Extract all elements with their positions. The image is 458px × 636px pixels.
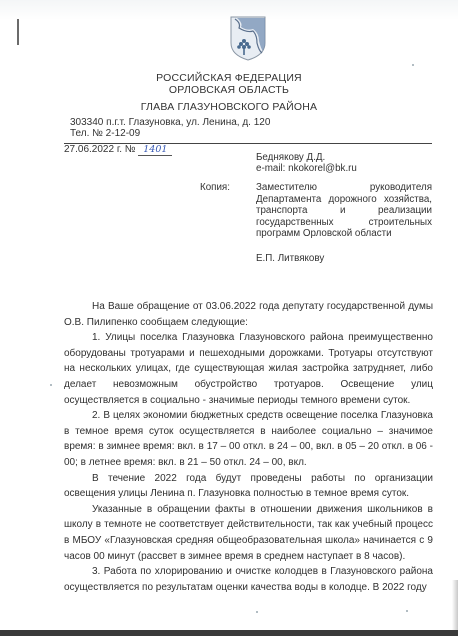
scanner-border	[0, 630, 458, 636]
recipient-name: Беднякову Д.Д.	[256, 152, 325, 164]
body-paragraph: Указанные в обращении факты в отношении …	[64, 502, 433, 564]
copy-line: Департамента дорожного хозяйства,	[256, 194, 432, 206]
copy-addressee: Е.П. Литвякову	[256, 253, 324, 264]
document-page: РОССИЙСКАЯ ФЕДЕРАЦИЯ ОРЛОВСКАЯ ОБЛАСТЬ Г…	[0, 0, 458, 630]
binder-mark	[17, 19, 19, 45]
copy-line: программ Орловской области	[256, 228, 432, 240]
sender-address: 303340 п.г.т. Глазуновка, ул. Ленина, д.…	[70, 117, 270, 128]
authority-heading: ГЛАВА ГЛАЗУНОВСКОГО РАЙОНА	[0, 101, 458, 113]
body-paragraph: 1. Улицы поселка Глазуновка Глазуновског…	[64, 330, 433, 408]
coat-of-arms-icon	[229, 15, 267, 61]
letter-body: На Ваше обращение от 03.06.2022 года деп…	[64, 299, 433, 595]
copy-line: Заместителю руководителя	[256, 182, 432, 194]
letter-date: 27.06.2022 г. №	[64, 144, 136, 155]
region-heading: ОРЛОВСКАЯ ОБЛАСТЬ	[0, 84, 458, 96]
body-paragraph: На Ваше обращение от 03.06.2022 года деп…	[64, 299, 433, 330]
sender-phone: Тел. № 2-12-09	[70, 128, 140, 139]
body-paragraph: 2. В целях экономии бюджетных средств ос…	[64, 408, 433, 470]
copy-line: государственных строительных	[256, 217, 432, 229]
date-and-number: 27.06.2022 г. № 1401	[64, 144, 172, 156]
copy-label: Копия:	[200, 182, 230, 193]
copy-line: транспорта и реализации	[256, 205, 432, 217]
body-paragraph: 3. Работа по хлорированию и очистке коло…	[64, 564, 433, 595]
registration-number: 1401	[138, 144, 172, 156]
recipient-email: e-mail: nkokorel@bk.ru	[256, 163, 357, 175]
copy-recipient: Заместителю руководителя Департамента до…	[256, 182, 432, 240]
body-paragraph: В течение 2022 года будут проведены рабо…	[64, 471, 433, 502]
country-heading: РОССИЙСКАЯ ФЕДЕРАЦИЯ	[0, 72, 458, 84]
page-edge-shadow	[452, 580, 458, 630]
